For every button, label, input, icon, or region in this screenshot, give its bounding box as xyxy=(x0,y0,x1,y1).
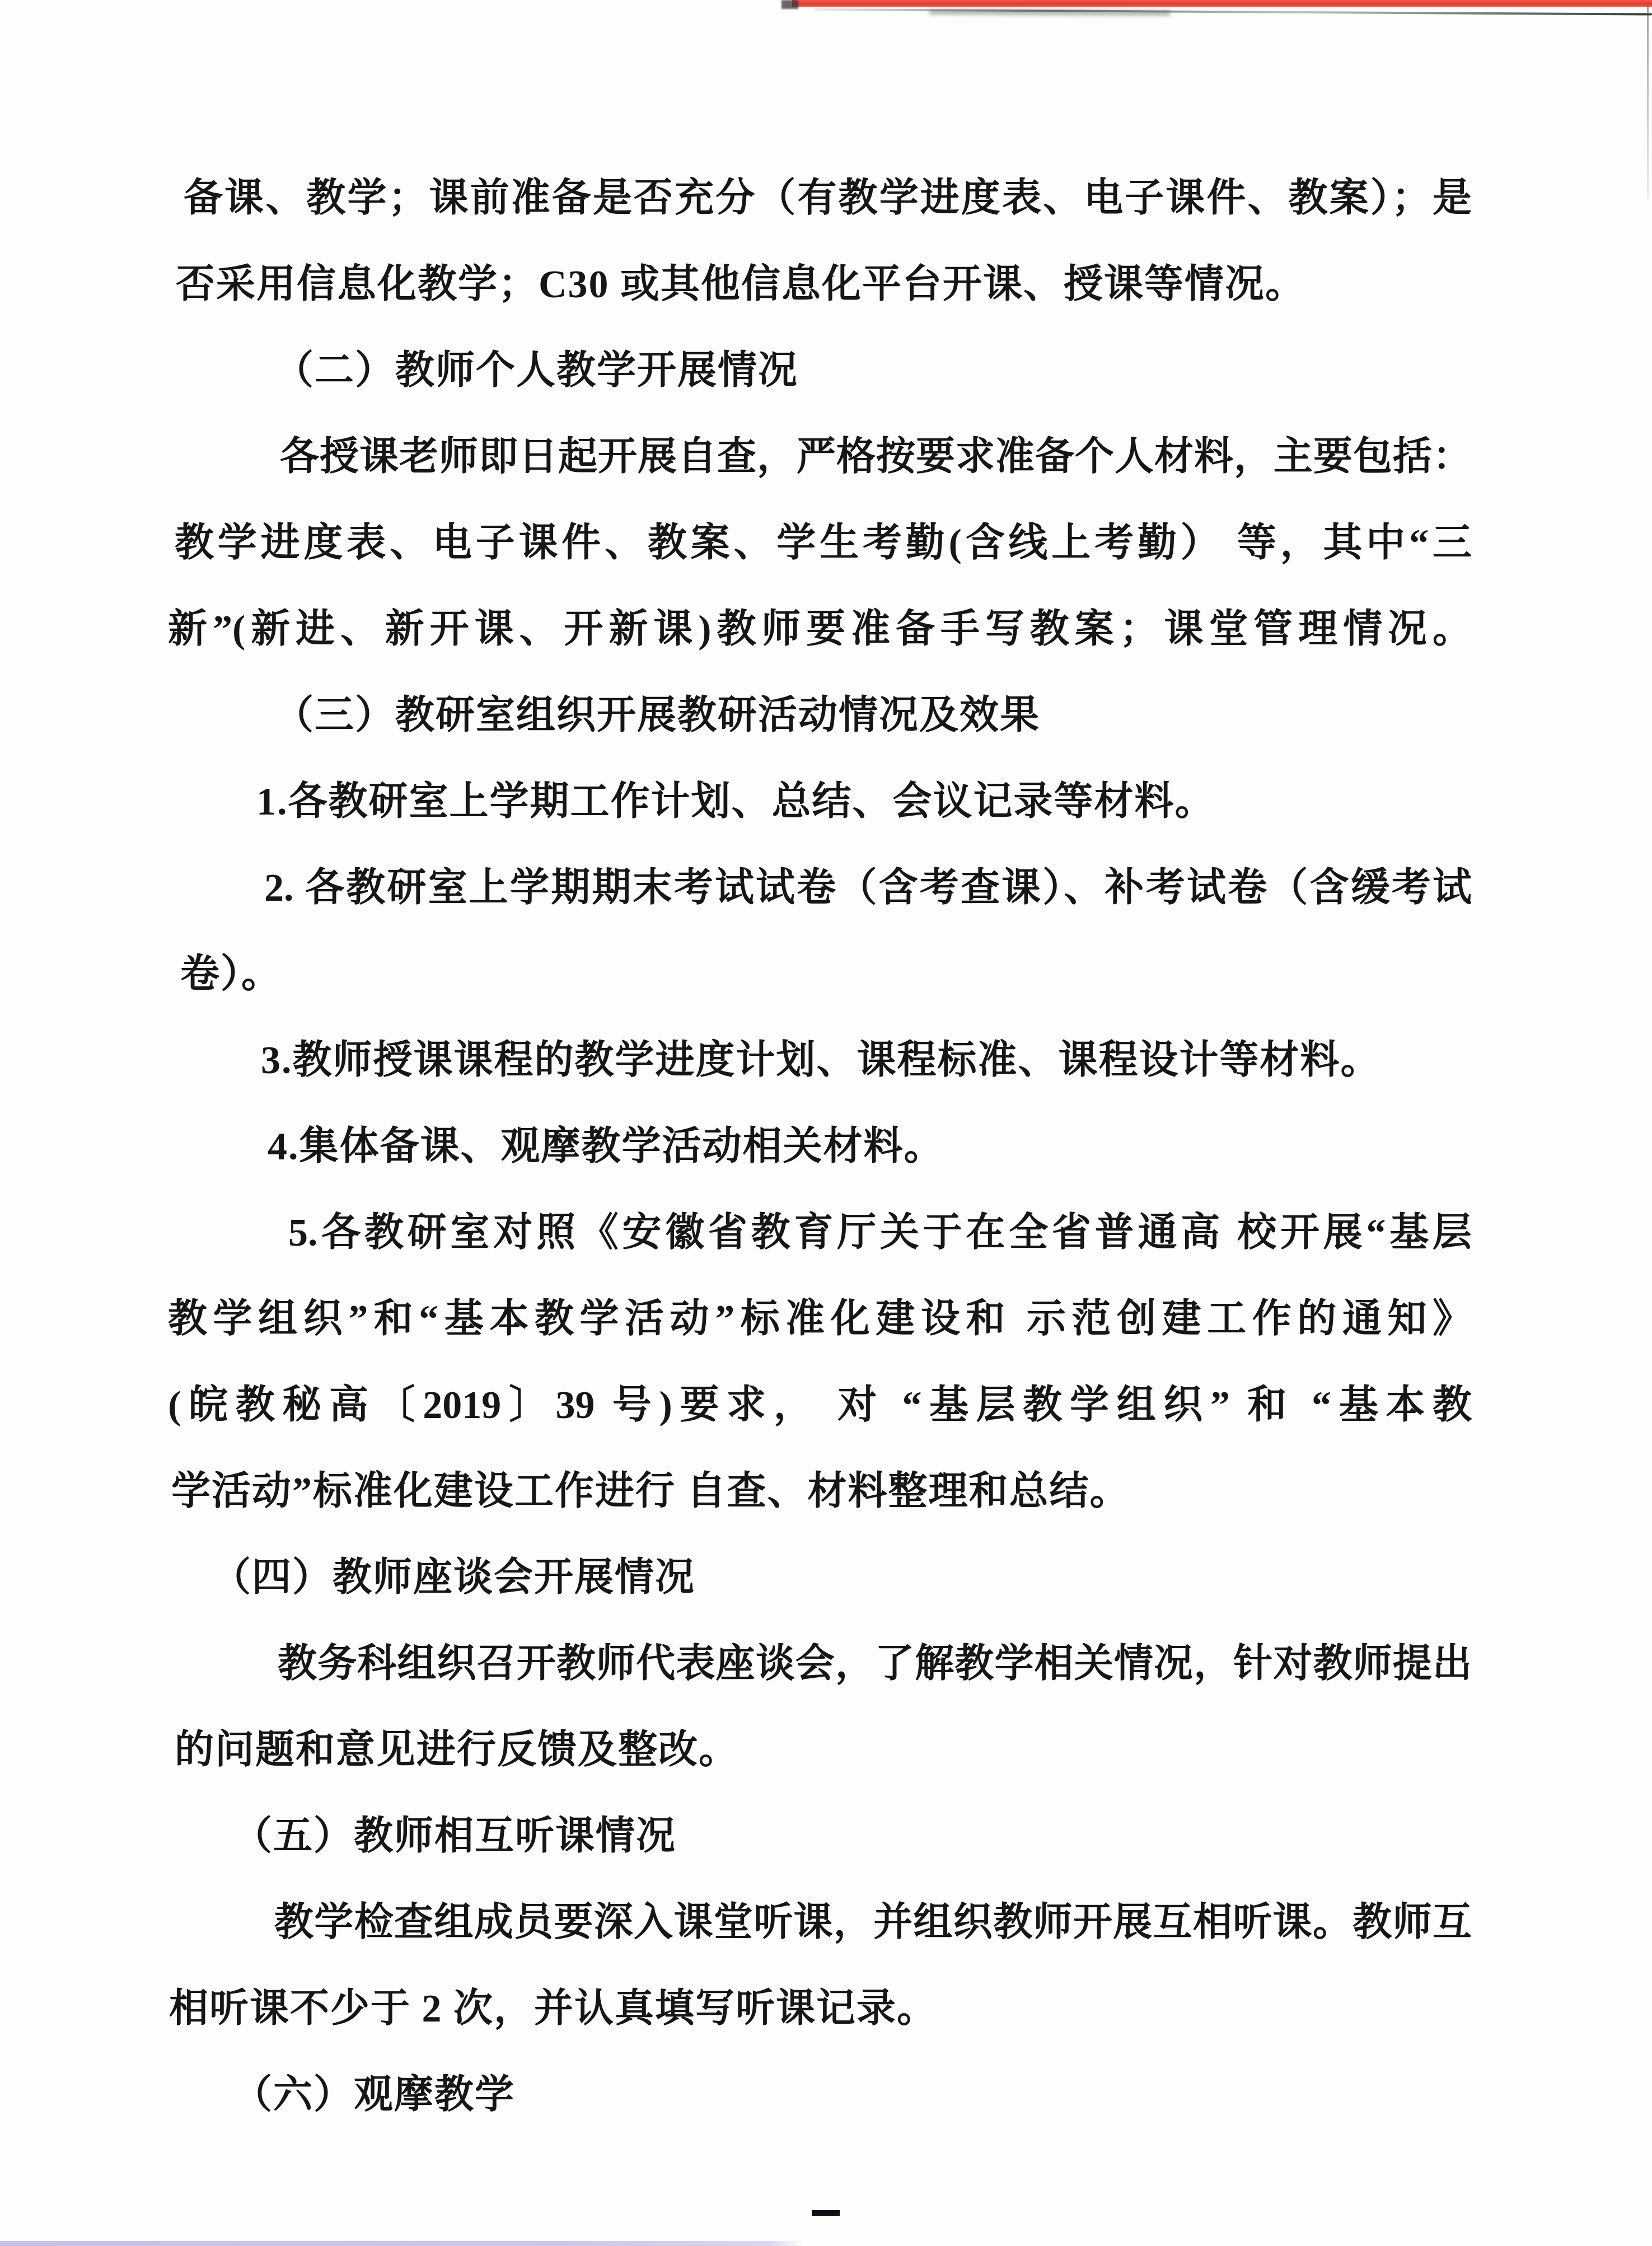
list-item-1: 1.各教研室上学期工作计划、总结、会议记录等材料。 xyxy=(168,759,1472,845)
text-line: 教学组织”和“基本教学活动”标准化建设和 示范创建工作的通知》 xyxy=(168,1276,1472,1363)
text-line: 教学进度表、电子课件、教案、学生考勤(含线上考勤） 等，其中“三 xyxy=(168,500,1472,587)
text-line: 教学检查组成员要深入课堂听课，并组织教师开展互相听课。教师互 xyxy=(168,1880,1472,1966)
scan-red-line xyxy=(792,0,1652,7)
text-line: 教务科组织召开教师代表座谈会，了解教学相关情况，针对教师提出 xyxy=(168,1621,1472,1707)
list-item-5: 5.各教研室对照《安徽省教育厅关于在全省普通高 校开展“基层 xyxy=(168,1190,1472,1276)
text-line: 卷）。 xyxy=(168,932,1472,1018)
document-body: 备课、教学；课前准备是否充分（有教学进度表、电子课件、教案）；是 否采用信息化教… xyxy=(168,156,1472,2139)
page-number-dash: — xyxy=(810,2196,841,2227)
scanned-document-page: { "artifacts": { "top_red_bar_color": "#… xyxy=(0,0,1652,2246)
section-heading-three: （三）教研室组织开展教研活动情况及效果 xyxy=(168,673,1472,759)
section-heading-five: （五）教师相互听课情况 xyxy=(168,1794,1472,1880)
text-line: 的问题和意见进行反馈及整改。 xyxy=(168,1707,1472,1794)
list-item-2: 2. 各教研室上学期期末考试试卷（含考查课）、补考试卷（含缓考试 xyxy=(168,845,1472,932)
text-line: (皖教秘高〔2019〕39 号)要求， 对 “基层教学组织” 和 “基本教 xyxy=(168,1363,1472,1449)
section-heading-four: （四）教师座谈会开展情况 xyxy=(168,1535,1472,1621)
text-line: 学活动”标准化建设工作进行 自查、材料整理和总结。 xyxy=(168,1449,1472,1535)
scanner-bottom-strip xyxy=(0,2241,802,2246)
page-edge-shadow xyxy=(1647,6,1649,199)
text-line: 备课、教学；课前准备是否充分（有教学进度表、电子课件、教案）；是 xyxy=(168,156,1472,242)
scan-red-line-tip xyxy=(781,0,798,9)
list-item-4: 4.集体备课、观摩教学活动相关材料。 xyxy=(168,1104,1472,1190)
text-line: 各授课老师即日起开展自查，严格按要求准备个人材料，主要包括： xyxy=(168,414,1472,500)
section-heading-two: （二）教师个人教学开展情况 xyxy=(168,328,1472,414)
scan-smudge-blob xyxy=(929,10,1170,16)
section-heading-six: （六）观摩教学 xyxy=(168,2052,1472,2139)
list-item-3: 3.教师授课课程的教学进度计划、课程标准、课程设计等材料。 xyxy=(168,1018,1472,1104)
text-line: 相听课不少于 2 次，并认真填写听课记录。 xyxy=(168,1966,1472,2052)
text-line: 新”(新进、新开课、开新课)教师要准备手写教案；课堂管理情况。 xyxy=(168,587,1472,673)
text-line: 否采用信息化教学；C30 或其他信息化平台开课、授课等情况。 xyxy=(168,242,1472,328)
